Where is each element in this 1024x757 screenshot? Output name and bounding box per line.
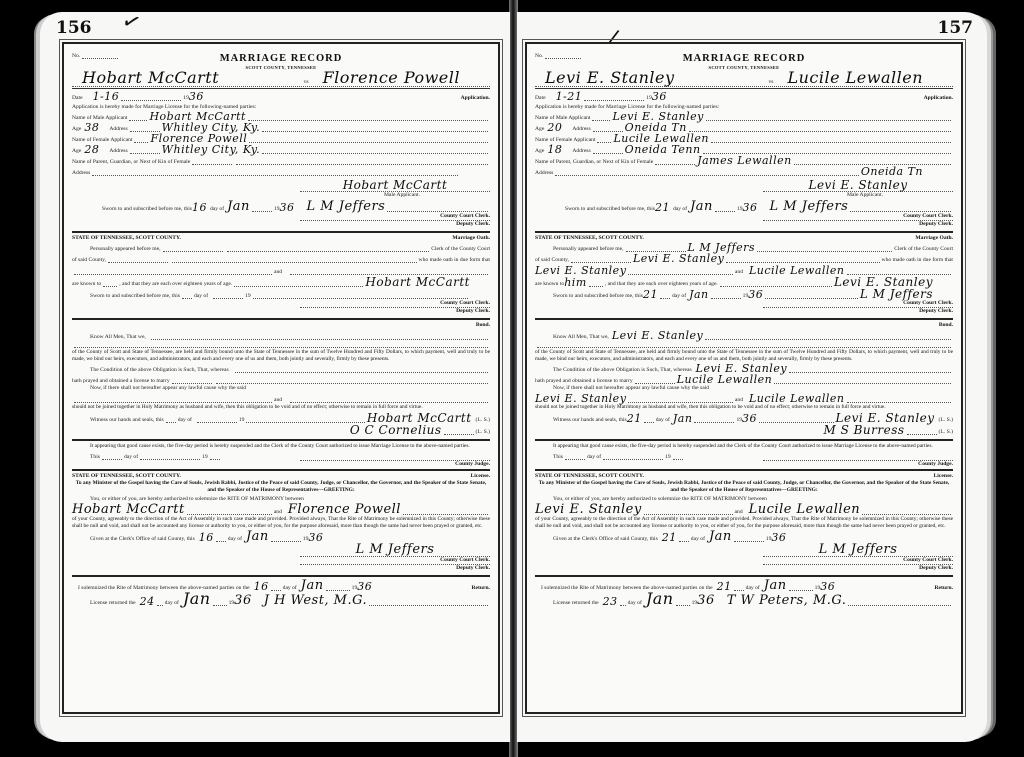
bond-signature-2: O C Cornelius <box>350 424 442 436</box>
given-year: 36 <box>771 532 786 543</box>
witness-year: 36 <box>742 413 757 424</box>
bond-signature-1: Hobart McCartt <box>367 412 472 424</box>
parties-line: Hobart McCartt vs Florence Powell <box>72 71 490 87</box>
bride-name: Lucile Lewallen <box>787 70 923 86</box>
sworn-day: 16 <box>192 202 207 213</box>
application-date: 1-21 <box>556 91 583 102</box>
returned-day: 24 <box>140 596 155 607</box>
oath-signature-2: L M Jeffers <box>860 288 933 300</box>
cause-party-2: Lucile Lewallen <box>749 393 845 404</box>
returned-day: 23 <box>603 596 618 607</box>
number-label: No. <box>72 53 80 60</box>
returned-month: Jan <box>646 591 674 607</box>
checkmark-icon: ✓ <box>118 8 144 38</box>
known-to: him <box>564 277 587 288</box>
application-date: 1-16 <box>93 91 120 102</box>
male-applicant-signature: Levi E. Stanley <box>808 179 907 191</box>
witness-month: Jan <box>673 413 693 424</box>
parties-line: Levi E. Stanley vs Lucile Lewallen <box>535 71 953 87</box>
right-page: / 157 No. MARRIAGE RECORD SCOTT COUNTY, … <box>517 12 987 742</box>
groom-name: Hobart McCartt <box>82 70 219 86</box>
sworn-month: Jan <box>227 200 250 213</box>
bond-signature-2: M S Burress <box>823 424 904 436</box>
bond-signature-1: Levi E. Stanley <box>836 412 935 424</box>
return-year: 36 <box>820 581 835 592</box>
cause-party-1: Levi E. Stanley <box>535 393 626 404</box>
returned-month: Jan <box>183 591 211 607</box>
oath-day: 21 <box>643 289 658 300</box>
sworn-day: 21 <box>655 202 670 213</box>
oath-signature-1: Hobart McCartt <box>365 276 470 288</box>
male-age: 38 <box>84 122 99 133</box>
given-month: Jan <box>709 530 732 543</box>
parent-name: James Lewallen <box>697 155 791 166</box>
groom-name: Levi E. Stanley <box>545 70 675 86</box>
marriage-record-form: No. MARRIAGE RECORD SCOTT COUNTY, TENNES… <box>62 42 500 714</box>
license-bride: Lucile Lewallen <box>749 503 861 516</box>
license-clerk-signature: L M Jeffers <box>819 543 898 556</box>
officiant-signature: J H West, M.G. <box>264 594 367 607</box>
return-day: 21 <box>717 581 732 592</box>
female-age: 28 <box>84 144 99 155</box>
parent-address: Oneida Tn <box>861 166 923 177</box>
sworn-year: 36 <box>280 202 295 213</box>
marriage-record-form: No. MARRIAGE RECORD SCOTT COUNTY, TENNES… <box>525 42 963 714</box>
oath-year: 36 <box>748 289 763 300</box>
returned-year: 36 <box>697 594 715 607</box>
female-address: Oneida Tenn <box>625 144 701 155</box>
given-day: 21 <box>662 532 677 543</box>
given-year: 36 <box>308 532 323 543</box>
oath-person: Levi E. Stanley <box>633 253 724 264</box>
condition-name: Levi E. Stanley <box>696 363 787 374</box>
male-age: 20 <box>547 122 562 133</box>
female-age: 18 <box>547 144 562 155</box>
application-year: 36 <box>652 91 667 102</box>
given-month: Jan <box>246 530 269 543</box>
license-groom: Levi E. Stanley <box>535 503 642 516</box>
return-month: Jan <box>764 579 787 592</box>
given-day: 16 <box>199 532 214 543</box>
application-year: 36 <box>189 91 204 102</box>
oath-signature-1: Levi E. Stanley <box>834 276 933 288</box>
oath-party-1: Levi E. Stanley <box>535 265 626 276</box>
officiant-signature: T W Peters, M.G. <box>727 594 847 607</box>
female-address: Whitley City, Ky. <box>162 144 260 155</box>
page-number: 157 <box>938 18 974 38</box>
license-groom: Hobart McCartt <box>72 503 185 516</box>
left-page: ✓ 156 No. MARRIAGE RECORD SCOTT COUNTY, … <box>40 12 510 742</box>
bride-name: Florence Powell <box>323 70 460 86</box>
clerk-signature: L M Jeffers <box>770 200 849 213</box>
page-number: 156 <box>56 18 92 38</box>
oath-month: Jan <box>689 289 709 300</box>
returned-year: 36 <box>234 594 252 607</box>
license-bride: Florence Powell <box>288 503 401 516</box>
male-applicant-signature: Hobart McCartt <box>343 179 448 191</box>
oath-party-2: Lucile Lewallen <box>749 265 845 276</box>
return-day: 16 <box>254 581 269 592</box>
license-clerk-signature: L M Jeffers <box>356 543 435 556</box>
number-label: No. <box>535 53 543 60</box>
bond-name: Levi E. Stanley <box>612 330 703 341</box>
clerk-signature: L M Jeffers <box>307 200 386 213</box>
return-month: Jan <box>301 579 324 592</box>
sworn-month: Jan <box>690 200 713 213</box>
sworn-year: 36 <box>743 202 758 213</box>
license-to: Lucile Lewallen <box>677 374 773 385</box>
return-year: 36 <box>357 581 372 592</box>
witness-day: 21 <box>627 413 642 424</box>
